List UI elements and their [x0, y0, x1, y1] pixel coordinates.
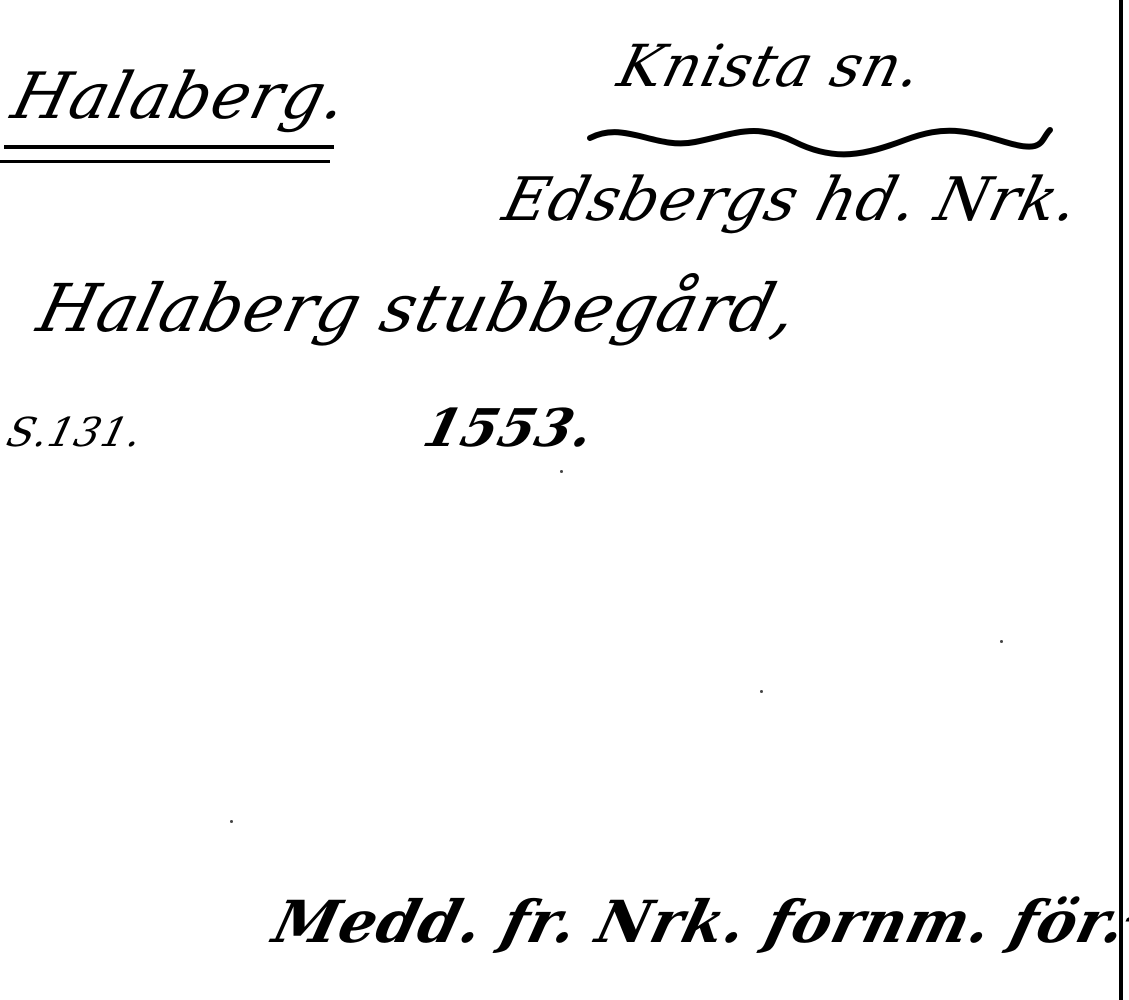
source-main: Medd. fr. Nrk. fornm. för. — [267, 888, 1129, 956]
heading-double-underline — [0, 160, 330, 163]
page-reference: S.131. — [2, 410, 147, 456]
speck — [760, 690, 763, 693]
parish-label: Knista sn. — [612, 32, 930, 100]
speck — [560, 470, 563, 473]
speck — [230, 820, 233, 823]
entry-text: Halaberg stubbegård, — [30, 270, 805, 347]
source-citation: Medd. fr. Nrk. fornm. för.2 I. — [267, 888, 1129, 956]
place-name-heading: Halaberg. — [5, 60, 356, 134]
heading-underline — [4, 145, 334, 149]
speck — [1000, 640, 1003, 643]
card-right-edge — [1119, 0, 1123, 1000]
district-label: Edsbergs hd. Nrk. — [496, 165, 1086, 235]
year: 1553. — [417, 398, 600, 459]
archive-card: Halaberg. Knista sn. Edsbergs hd. Nrk. H… — [0, 0, 1129, 1000]
wavy-underline — [585, 120, 1055, 160]
